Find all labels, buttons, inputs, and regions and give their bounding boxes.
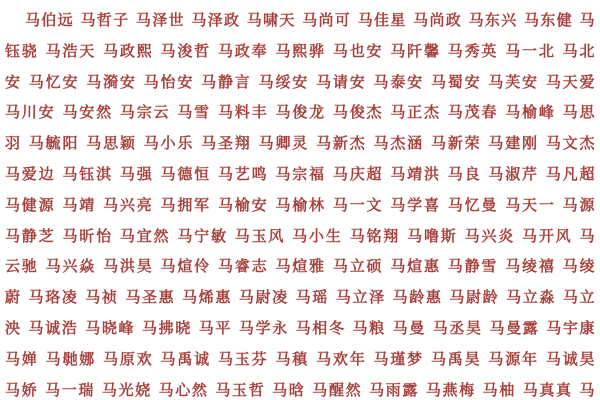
name-list-line: 蔚 马珞凌 马祯 马圣惠 马烯惠 马尉凌 马瑶 马立泽 马龄惠 马尉龄 马立淼 … [5,282,595,313]
name-list-line: 马娇 马一瑞 马光娆 马心然 马玉哲 马晗 马醒然 马雨露 马燕梅 马柚 马真真… [5,375,595,400]
name-list-line: 云驰 马兴焱 马洪昊 马煊伶 马睿志 马煊雅 马立硕 马煊惠 马静雪 马绫禧 马… [5,251,595,282]
name-list-line: 马川安 马安然 马宗云 马雪 马料丰 马俊龙 马俊杰 马正杰 马茂春 马榆峰 马… [5,97,595,128]
name-list-line: 马伯远 马哲子 马泽世 马泽政 马啸天 马尚可 马佳星 马尚政 马东兴 马东健 … [5,5,595,36]
name-list-line: 羽 马毓阳 马思颖 马小乐 马圣翔 马卿灵 马新杰 马杰涵 马新荣 马建刚 马文… [5,128,595,159]
name-list-line: 马健源 马靖 马兴亮 马拥军 马榆安 马榆林 马一文 马学喜 马忆曼 马天一 马… [5,190,595,221]
name-list-page: 马伯远 马哲子 马泽世 马泽政 马啸天 马尚可 马佳星 马尚政 马东兴 马东健 … [0,0,600,400]
name-list-line: 安 马忆安 马漪安 马怡安 马静言 马绥安 马请安 马泰安 马蜀安 马芙安 马天… [5,67,595,98]
name-list-line: 泱 马诚浩 马晓峰 马拂晓 马平 马学永 马相冬 马粮 马曼 马丞昊 马曼露 马… [5,313,595,344]
name-list-line: 钰骁 马浩天 马政熙 马浚哲 马政奉 马熙骅 马也安 马阡馨 马秀英 马一北 马… [5,36,595,67]
name-list-line: 马静芝 马昕怡 马宜然 马宁敏 马玉风 马小生 马铭翔 马噜斯 马兴炎 马开风 … [5,221,595,252]
name-list-line: 马婵 马毑娜 马原欢 马禹诚 马玉芬 马稹 马欢年 马瑾梦 马禹昊 马源年 马诚… [5,344,595,375]
name-list-line: 马爱边 马钰淇 马强 马德恒 马艺鸣 马宗福 马庆超 马靖洪 马良 马淑芹 马凡… [5,159,595,190]
